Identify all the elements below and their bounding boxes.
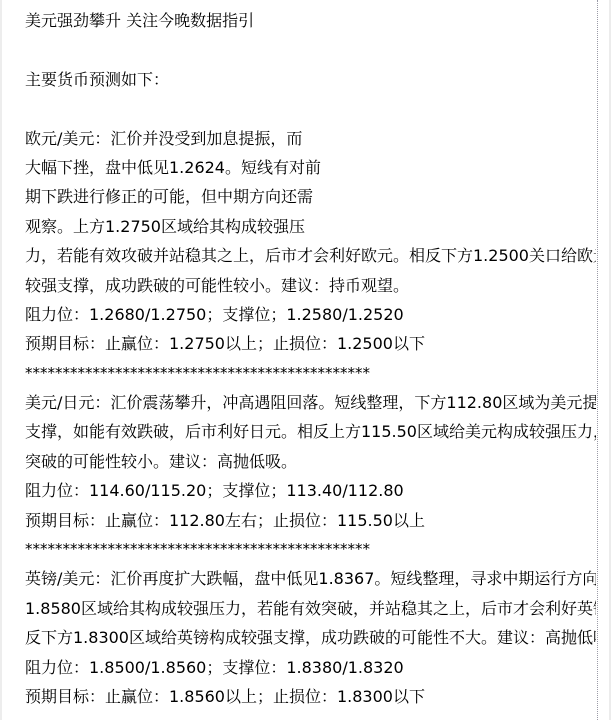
section-eurusd: 欧元/美元：汇价并没受到加息提振，而 大幅下挫，盘中低见1.2624。短线有对前…	[25, 124, 596, 359]
analysis-line: 美元/日元：汇价震荡攀升，冲高遇阻回落。短线整理，下方112.80区域为美元提供…	[25, 388, 596, 417]
levels-line: 阻力位：1.2680/1.2750；支撑位；1.2580/1.2520	[25, 300, 596, 329]
intro-line: 主要货币预测如下：	[25, 65, 596, 94]
section-gbpusd: 英镑/美元：汇价再度扩大跌幅，盘中低见1.8367。短线整理，寻求中期运行方向。…	[25, 564, 596, 711]
analysis-line: 力，若能有效攻破并站稳其之上，后市才会利好欧元。相反下方1.2500关口给欧元提…	[25, 241, 596, 270]
targets-line: 预期目标：止赢位：112.80左右；止损位：115.50以上	[25, 506, 596, 535]
article-title: 美元强劲攀升 关注今晚数据指引	[25, 6, 596, 35]
document-body: 美元强劲攀升 关注今晚数据指引 主要货币预测如下： 欧元/美元：汇价并没受到加息…	[0, 0, 596, 720]
levels-line: 阻力位：114.60/115.20；支撑位；113.40/112.80	[25, 476, 596, 505]
separator-line: ****************************************…	[25, 535, 596, 564]
section-usdjpy: 美元/日元：汇价震荡攀升，冲高遇阻回落。短线整理，下方112.80区域为美元提供…	[25, 388, 596, 535]
analysis-line: 较强支撑，成功跌破的可能性较小。建议：持币观望。	[25, 271, 596, 300]
page-left-edge	[0, 0, 2, 720]
analysis-line: 英镑/美元：汇价再度扩大跌幅，盘中低见1.8367。短线整理，寻求中期运行方向。…	[25, 564, 596, 593]
targets-line: 预期目标：止赢位：1.8560以上；止损位：1.8300以下	[25, 682, 596, 711]
analysis-line: 支撑，如能有效跌破，后市利好日元。相反上方115.50区域给美元构成较强压力，有…	[25, 417, 596, 446]
analysis-line: 观察。上方1.2750区域给其构成较强压	[25, 212, 596, 241]
right-dotted-border	[597, 0, 598, 720]
levels-line: 阻力位：1.8500/1.8560；支撑位：1.8380/1.8320	[25, 653, 596, 682]
blank-line	[25, 35, 596, 64]
analysis-line: 大幅下挫，盘中低见1.2624。短线有对前	[25, 153, 596, 182]
analysis-line: 反下方1.8300区域给英镑构成较强支撑，成功跌破的可能性不大。建议：高抛低吸。	[25, 623, 596, 652]
targets-line: 预期目标：止赢位：1.2750以上；止损位：1.2500以下	[25, 329, 596, 358]
analysis-line: 突破的可能性较小。建议：高抛低吸。	[25, 447, 596, 476]
separator-line: ****************************************…	[25, 359, 596, 388]
analysis-line: 欧元/美元：汇价并没受到加息提振，而	[25, 124, 596, 153]
analysis-line: 期下跌进行修正的可能，但中期方向还需	[25, 182, 596, 211]
analysis-line: 1.8580区域给其构成较强压力，若能有效突破，并站稳其之上，后市才会利好英镑。…	[25, 594, 596, 623]
blank-line	[25, 94, 596, 123]
document-page: 美元强劲攀升 关注今晚数据指引 主要货币预测如下： 欧元/美元：汇价并没受到加息…	[0, 0, 611, 720]
